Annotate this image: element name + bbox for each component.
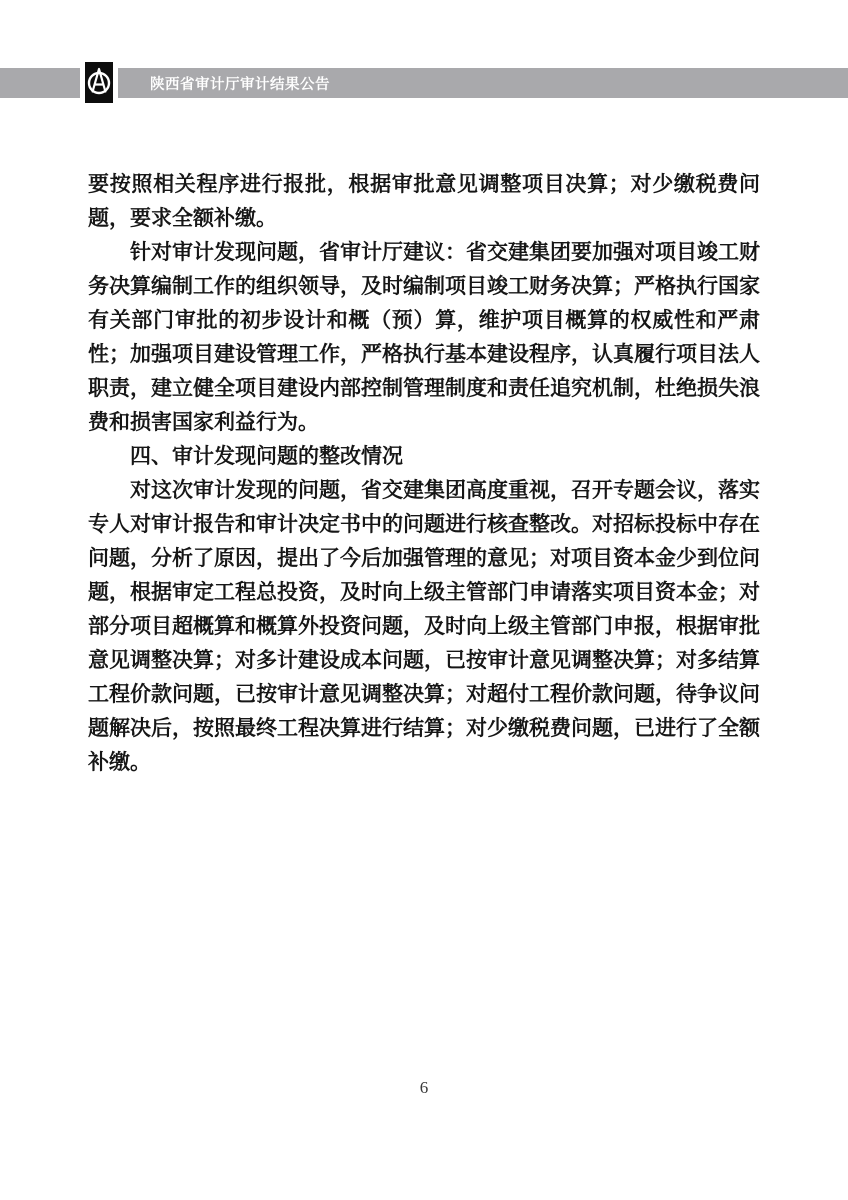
page-number: 6: [0, 1078, 848, 1098]
header-bar: 陕西省审计厅审计结果公告: [118, 68, 848, 98]
header-bar-left-segment: [0, 68, 80, 98]
section-heading: 四、审计发现问题的整改情况: [88, 439, 760, 473]
paragraph-recommendations: 针对审计发现问题，省审计厅建议：省交建集团要加强对项目竣工财务决算编制工作的组织…: [88, 235, 760, 439]
paragraph-continuation: 要按照相关程序进行报批，根据审批意见调整项目决算；对少缴税费问题，要求全额补缴。: [88, 167, 760, 235]
audit-emblem-icon: [85, 62, 113, 103]
document-body: 要按照相关程序进行报批，根据审批意见调整项目决算；对少缴税费问题，要求全额补缴。…: [88, 167, 760, 779]
paragraph-rectification: 对这次审计发现的问题，省交建集团高度重视，召开专题会议，落实专人对审计报告和审计…: [88, 473, 760, 779]
document-header-title: 陕西省审计厅审计结果公告: [118, 73, 330, 94]
